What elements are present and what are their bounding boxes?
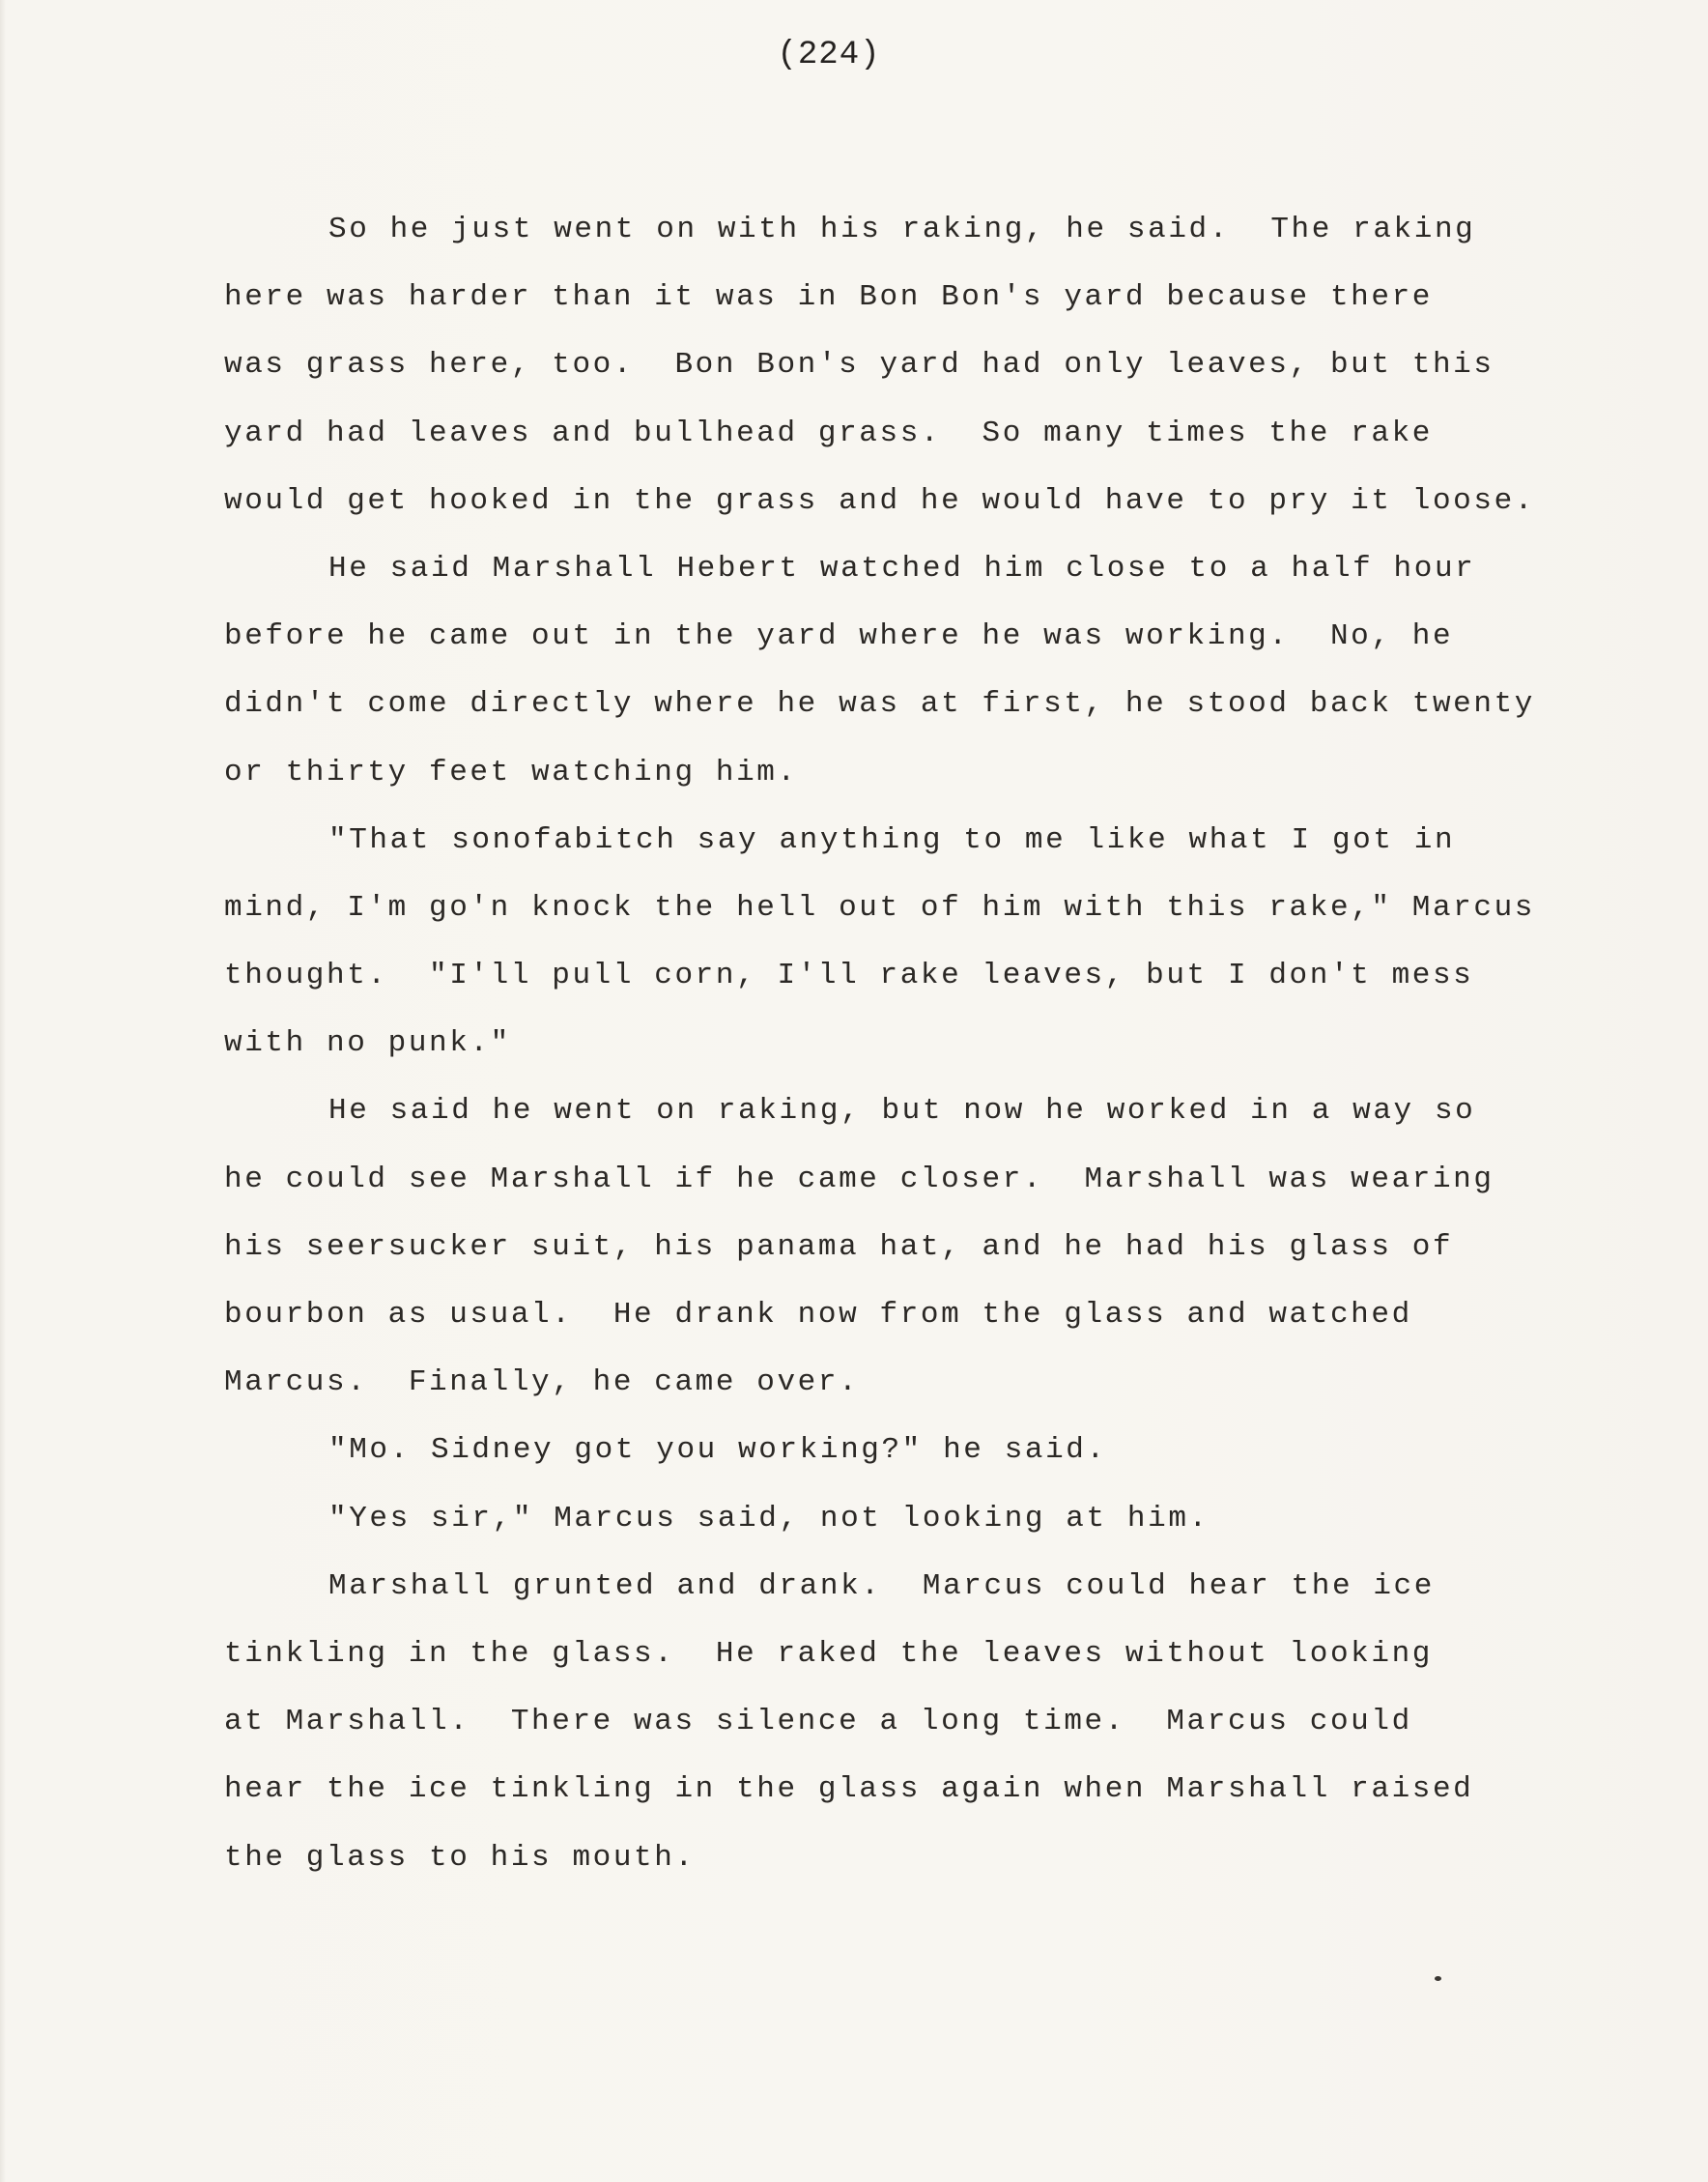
- text-line: "Mo. Sidney got you working?" he said.: [224, 1423, 1577, 1491]
- text-line: "That sonofabitch say anything to me lik…: [224, 814, 1577, 881]
- text-line: with no punk.": [224, 1017, 1577, 1084]
- text-line: tinkling in the glass. He raked the leav…: [224, 1627, 1577, 1695]
- text-line: before he came out in the yard where he …: [224, 610, 1577, 677]
- text-line: here was harder than it was in Bon Bon's…: [224, 271, 1577, 338]
- text-line: mind, I'm go'n knock the hell out of him…: [224, 881, 1577, 949]
- typewritten-page: (224) So he just went on with his raking…: [0, 0, 1708, 2182]
- text-line: hear the ice tinkling in the glass again…: [224, 1763, 1577, 1830]
- text-line: Marshall grunted and drank. Marcus could…: [224, 1560, 1577, 1627]
- text-line: the glass to his mouth.: [224, 1831, 1577, 1899]
- text-line: He said he went on raking, but now he wo…: [224, 1084, 1577, 1152]
- text-line: bourbon as usual. He drank now from the …: [224, 1288, 1577, 1356]
- text-line: yard had leaves and bullhead grass. So m…: [224, 407, 1577, 474]
- text-line: Marcus. Finally, he came over.: [224, 1356, 1577, 1423]
- text-line: "Yes sir," Marcus said, not looking at h…: [224, 1492, 1577, 1560]
- text-line: didn't come directly where he was at fir…: [224, 677, 1577, 745]
- page-number: (224): [0, 37, 1658, 73]
- body-text: So he just went on with his raking, he s…: [224, 203, 1577, 1899]
- text-line: at Marshall. There was silence a long ti…: [224, 1695, 1577, 1763]
- text-line: So he just went on with his raking, he s…: [224, 203, 1577, 271]
- text-line: thought. "I'll pull corn, I'll rake leav…: [224, 949, 1577, 1017]
- text-line: he could see Marshall if he came closer.…: [224, 1153, 1577, 1220]
- text-line: would get hooked in the grass and he wou…: [224, 474, 1577, 542]
- text-line: He said Marshall Hebert watched him clos…: [224, 542, 1577, 610]
- text-line: his seersucker suit, his panama hat, and…: [224, 1220, 1577, 1288]
- ink-speck: [1435, 1976, 1441, 1981]
- text-line: or thirty feet watching him.: [224, 746, 1577, 814]
- text-line: was grass here, too. Bon Bon's yard had …: [224, 338, 1577, 406]
